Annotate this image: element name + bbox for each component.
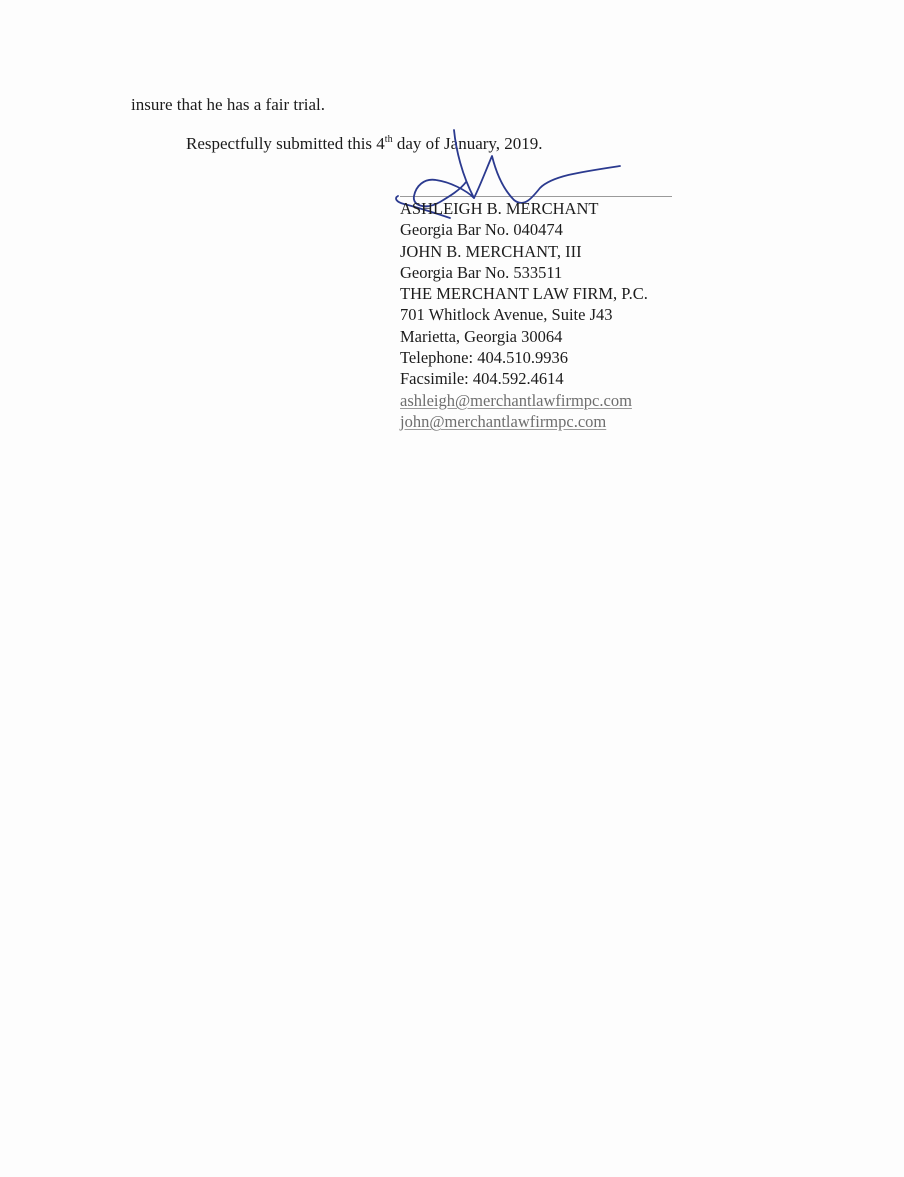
ordinal-suffix: th bbox=[385, 134, 393, 145]
closing-paragraph-line: insure that he has a fair trial. bbox=[131, 94, 325, 116]
email-link[interactable]: ashleigh@merchantlawfirmpc.com bbox=[400, 390, 648, 411]
document-page: insure that he has a fair trial. Respect… bbox=[0, 0, 904, 1177]
telephone: Telephone: 404.510.9936 bbox=[400, 347, 648, 368]
firm-name: THE MERCHANT LAW FIRM, P.C. bbox=[400, 283, 648, 304]
email-link[interactable]: john@merchantlawfirmpc.com bbox=[400, 411, 648, 432]
bar-number: Georgia Bar No. 040474 bbox=[400, 219, 648, 240]
bar-number: Georgia Bar No. 533511 bbox=[400, 262, 648, 283]
facsimile: Facsimile: 404.592.4614 bbox=[400, 368, 648, 389]
submission-date-line: Respectfully submitted this 4th day of J… bbox=[186, 133, 543, 158]
signatory-name: ASHLEIGH B. MERCHANT bbox=[400, 198, 648, 219]
signatory-name: JOHN B. MERCHANT, III bbox=[400, 241, 648, 262]
firm-address-city: Marietta, Georgia 30064 bbox=[400, 326, 648, 347]
firm-address-street: 701 Whitlock Avenue, Suite J43 bbox=[400, 304, 648, 325]
submitted-suffix: day of January, 2019. bbox=[393, 134, 543, 153]
submitted-prefix: Respectfully submitted this 4 bbox=[186, 134, 385, 153]
signature-block: ASHLEIGH B. MERCHANT Georgia Bar No. 040… bbox=[400, 198, 648, 432]
signature-line bbox=[400, 196, 672, 197]
